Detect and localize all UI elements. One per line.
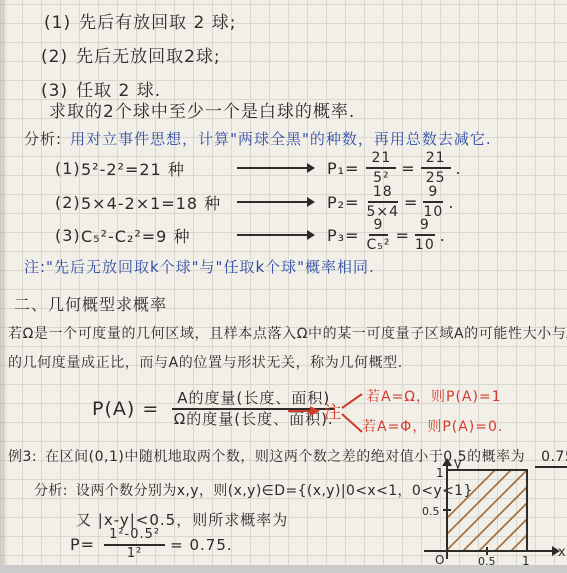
fraction: 910: [415, 217, 435, 253]
case-row-2: (2) 5×4-2×1=18 种 P₂= 185×4 = 910 .: [55, 184, 454, 220]
fraction-denominator: 1²: [127, 546, 142, 562]
equals-sign: =: [395, 226, 409, 245]
notebook-page: (1)先后有放回取 2 球; (2)先后无放回取2球; (3)任取 2 球. 求…: [0, 0, 567, 573]
example-label: 例3:: [8, 446, 37, 466]
fraction-numerator: 21: [366, 150, 396, 169]
fraction: 185×4: [366, 184, 399, 220]
final-probability-formula: P= 1²-0.5²1² = 0.75.: [70, 528, 233, 562]
probability-symbol: P₂=: [327, 193, 359, 212]
x-axis-label: x: [558, 545, 566, 560]
probability-symbol: P₁=: [327, 159, 359, 178]
y-axis-label: y: [454, 457, 462, 472]
page-edge-shadow-bottom: [0, 565, 567, 573]
y-tick-label-05: 0.5: [422, 505, 440, 518]
case-number: (2): [55, 193, 81, 212]
branch-line-down: [342, 414, 362, 432]
analysis-text: 用对立事件思想，计算"两球全黑"的种数，再用总数去减它.: [70, 130, 492, 148]
item-number: (1): [44, 13, 71, 33]
item-text: 先后无放回取2球;: [76, 47, 221, 67]
item-text: 先后有放回取 2 球;: [79, 13, 236, 33]
formula-lhs: P=: [70, 535, 95, 554]
fraction-numerator: 9: [423, 184, 443, 203]
fraction-numerator: 1²-0.5²: [104, 528, 165, 546]
note-label: 注: [324, 403, 341, 423]
item-number: (2): [41, 47, 68, 67]
probability-symbol: P₃=: [327, 226, 359, 245]
definition-line-1: 若Ω是一个可度量的几何区域，且样本点落入Ω中的某一可度量子区域A的可能性大小与A: [8, 323, 567, 343]
fraction-numerator: 9: [415, 217, 435, 236]
y-axis-arrowhead-icon: [442, 458, 452, 466]
section-heading: 二、几何概型求概率: [14, 292, 167, 315]
note-case-2: 若A=Φ，则P(A)=0.: [362, 416, 503, 436]
equals-sign: =: [401, 159, 415, 178]
fraction-numerator: 18: [368, 184, 398, 203]
hatch-lines: [447, 470, 527, 551]
fraction-numerator: 21: [421, 150, 451, 169]
arrowhead-icon: [310, 406, 320, 416]
fraction: 215²: [366, 150, 396, 186]
note-case-1: 若A=Ω，则P(A)=1: [366, 386, 502, 406]
analysis-label: 分析:: [24, 130, 62, 148]
example-analysis-line-1: 分析:设两个数分别为x,y，则(x,y)∈D={(x,y)|0<x<1，0<y<…: [34, 480, 473, 500]
period: .: [456, 159, 462, 178]
period: .: [440, 226, 446, 245]
case-number: (1): [55, 159, 81, 178]
long-right-arrow-icon: [237, 234, 313, 236]
fraction: 9C₅²: [366, 217, 390, 253]
case-count-expression: 5²-2²=21 种: [81, 157, 233, 180]
analysis-label: 分析:: [34, 483, 68, 499]
fraction-denominator: 10: [415, 236, 435, 253]
case-number: (3): [55, 226, 81, 245]
note-branch-diagram: 注: [286, 386, 362, 442]
page-edge-shadow-left: [0, 0, 8, 573]
fraction: 2125: [421, 150, 451, 186]
y-tick-label-1: 1: [436, 466, 444, 480]
fraction: 1²-0.5²1²: [104, 528, 165, 562]
formula-result: = 0.75.: [170, 536, 233, 554]
fraction: 910: [423, 184, 443, 220]
analysis-line-1: 分析:用对立事件思想，计算"两球全黑"的种数，再用总数去减它.: [24, 128, 492, 149]
question-line: 求取的2个球中至少一个是白球的概率.: [49, 97, 355, 122]
fraction-numerator: 9: [369, 217, 389, 236]
long-right-arrow-icon: [237, 167, 313, 169]
fraction-denominator: C₅²: [366, 236, 390, 253]
example-analysis-line-2: 又 |x-y|<0.5，则所求概率为: [76, 509, 288, 530]
period: .: [448, 193, 454, 212]
equals-sign: =: [404, 193, 418, 212]
unit-square-diagram: y x 1 0.5 O 0.5 1: [412, 458, 564, 568]
branch-line-up: [342, 394, 362, 408]
note-line: 注:"先后无放回取k个球"与"任取k个球"概率相同.: [24, 256, 375, 277]
formula-lhs: P(A) =: [92, 398, 159, 420]
case-count-expression: 5×4-2×1=18 种: [81, 191, 233, 214]
list-item-1: (1)先后有放回取 2 球;: [44, 8, 236, 33]
list-item-2: (2)先后无放回取2球;: [41, 42, 221, 67]
case-count-expression: C₅²-C₂²=9 种: [81, 224, 233, 247]
definition-line-2: 的几何度量成正比，而与A的位置与形状无关，称为几何概型.: [8, 352, 403, 372]
case-row-3: (3) C₅²-C₂²=9 种 P₃= 9C₅² = 910 .: [55, 217, 446, 253]
long-right-arrow-icon: [237, 201, 313, 203]
case-row-1: (1) 5²-2²=21 种 P₁= 215² = 2125 .: [55, 150, 462, 186]
